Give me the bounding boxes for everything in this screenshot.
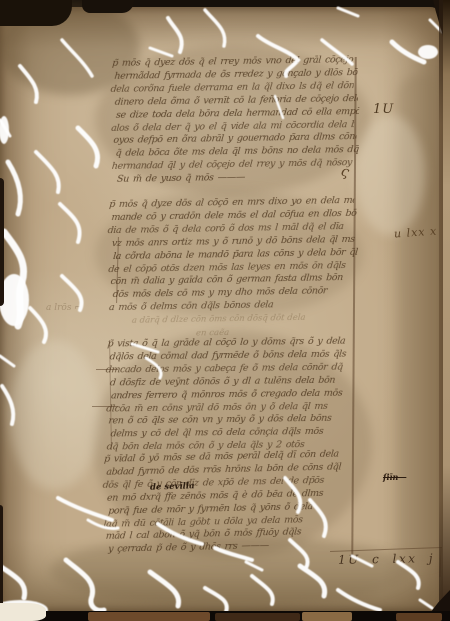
bottom-edge-patch xyxy=(215,613,300,621)
bottom-total-figure: 1U c lxx j xyxy=(338,551,435,567)
paragraph-3: p̃ vista õ q̃ la grāde al cōçō lo y dōms… xyxy=(107,335,356,454)
margin-tie-line xyxy=(92,406,118,407)
right-page-edge xyxy=(443,0,450,621)
margin-smudge-mark: ſiīn— xyxy=(383,472,406,482)
bottom-edge-patch xyxy=(88,612,210,621)
paragraph-2: p̃ mōs q̃ dyze dōs al cōçō en mrs dixo y… xyxy=(109,195,356,315)
bottom-book-edge xyxy=(0,611,450,621)
paragraph-4: p̃ vīdal õ yō mōs se dā mōs perāl delq̃ … xyxy=(104,448,356,557)
margin-note-left-faint: a lrōs ⌐ xyxy=(46,303,82,313)
bottom-edge-patch xyxy=(302,612,352,621)
margin-note-top-right: 1U xyxy=(373,102,394,117)
margin-tie-line xyxy=(96,369,118,370)
bottom-edge-patch xyxy=(396,613,442,621)
interlinear-insertion: de sevīlla xyxy=(150,481,195,493)
manuscript-scan: p̃ mōs q̃ dyez dōs q̃ el rrey mōs vno de… xyxy=(0,0,450,621)
paragraph-1: p̃ mōs q̃ dyez dōs q̃ el rrey mōs vno de… xyxy=(112,54,357,187)
